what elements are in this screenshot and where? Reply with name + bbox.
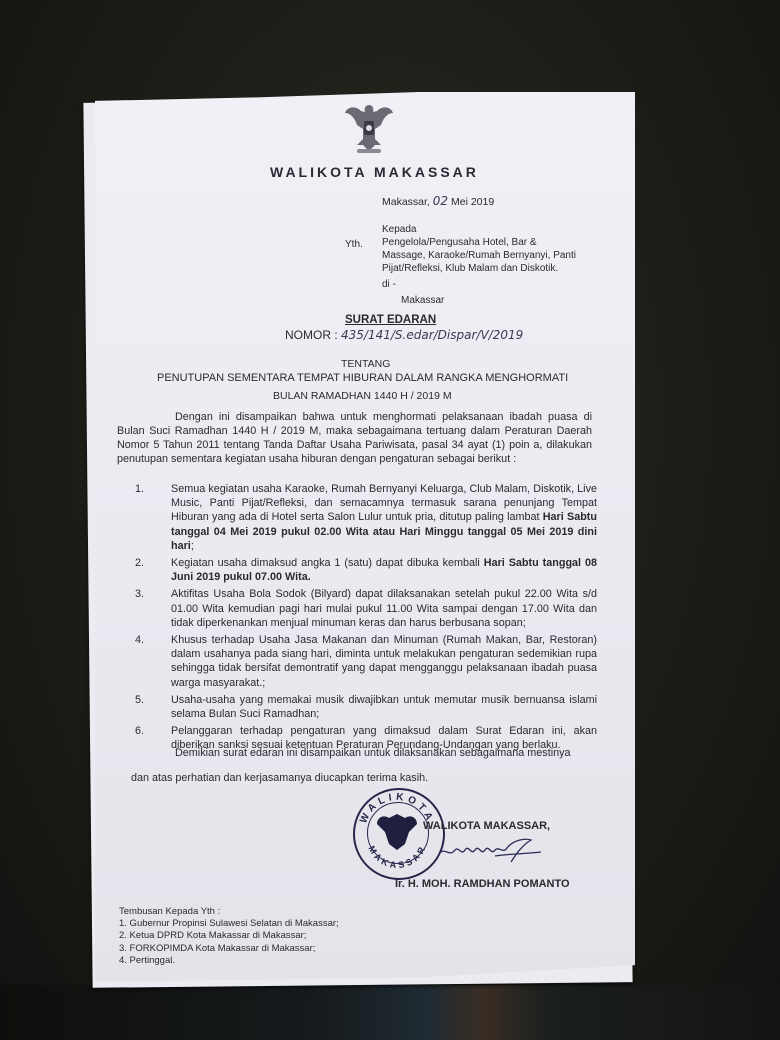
recipient-block: Kepada Pengelola/Pengusaha Hotel, Bar & … (382, 205, 576, 275)
background-surface (0, 985, 780, 1040)
tembusan-label: Tembusan Kepada Yth : (119, 906, 339, 918)
nomor-label: NOMOR : (285, 328, 338, 342)
list-item: 4. Khusus terhadap Usaha Jasa Makanan da… (117, 633, 597, 690)
recipient-line: Pengelola/Pengusaha Hotel, Bar & (382, 236, 576, 249)
letter-document: WALIKOTA MAKASSAR Makassar, 02 Mei 2019 … (95, 92, 635, 982)
garuda-emblem-icon (339, 98, 399, 158)
signatory-title: WALIKOTA MAKASSAR, (423, 820, 550, 832)
recipient-di: di - (382, 279, 396, 290)
closing-line-1: Demikian surat edaran ini disampaikan un… (175, 747, 571, 759)
document-type-title: SURAT EDARAN (345, 314, 436, 326)
tentang-label: TENTANG (341, 358, 390, 370)
recipient-yth: Yth. (345, 239, 363, 250)
recipient-city: Makassar (401, 295, 444, 306)
closing-line-2: dan atas perhatian dan kerjasamanya diuc… (131, 772, 428, 784)
tembusan-item: 2. Ketua DPRD Kota Makassar di Makassar; (119, 930, 339, 942)
recipient-line: Massage, Karaoke/Rumah Bernyanyi, Panti (382, 249, 576, 262)
recipient-kepada: Kepada (382, 223, 576, 236)
signatory-name: Ir. H. MOH. RAMDHAN POMANTO (395, 878, 570, 890)
recipient-line: Pijat/Refleksi, Klub Malam dan Diskotik. (382, 262, 576, 275)
list-item: 2. Kegiatan usaha dimaksud angka 1 (satu… (117, 556, 597, 584)
letterhead-title: WALIKOTA MAKASSAR (270, 164, 479, 180)
document-number: NOMOR : 435/141/S.edar/Dispar/V/2019 (285, 328, 523, 342)
list-item: 3. Aktifitas Usaha Bola Sodok (Bilyard) … (117, 587, 597, 630)
official-stamp-icon: WALIKOTA MAKASSAR (353, 788, 445, 880)
tembusan-item: 1. Gubernur Propinsi Sulawesi Selatan di… (119, 918, 339, 930)
subject-line-1: PENUTUPAN SEMENTARA TEMPAT HIBURAN DALAM… (157, 372, 568, 384)
regulation-list: 1. Semua kegiatan usaha Karaoke, Rumah B… (117, 482, 597, 756)
tembusan-item: 3. FORKOPIMDA Kota Makassar di Makassar; (119, 943, 339, 955)
intro-paragraph: Dengan ini disampaikan bahwa untuk mengh… (117, 410, 592, 466)
nomor-handwritten: 435/141/S.edar/Dispar/V/2019 (341, 328, 523, 342)
subject-line-2: BULAN RAMADHAN 1440 H / 2019 M (273, 390, 452, 402)
tembusan-item: 4. Pertinggal. (119, 955, 339, 967)
list-item: 5. Usaha-usaha yang memakai musik diwaji… (117, 693, 597, 721)
handwritten-signature-icon (435, 836, 545, 871)
list-item: 1. Semua kegiatan usaha Karaoke, Rumah B… (117, 482, 597, 553)
tembusan-block: Tembusan Kepada Yth : 1. Gubernur Propin… (119, 906, 339, 967)
